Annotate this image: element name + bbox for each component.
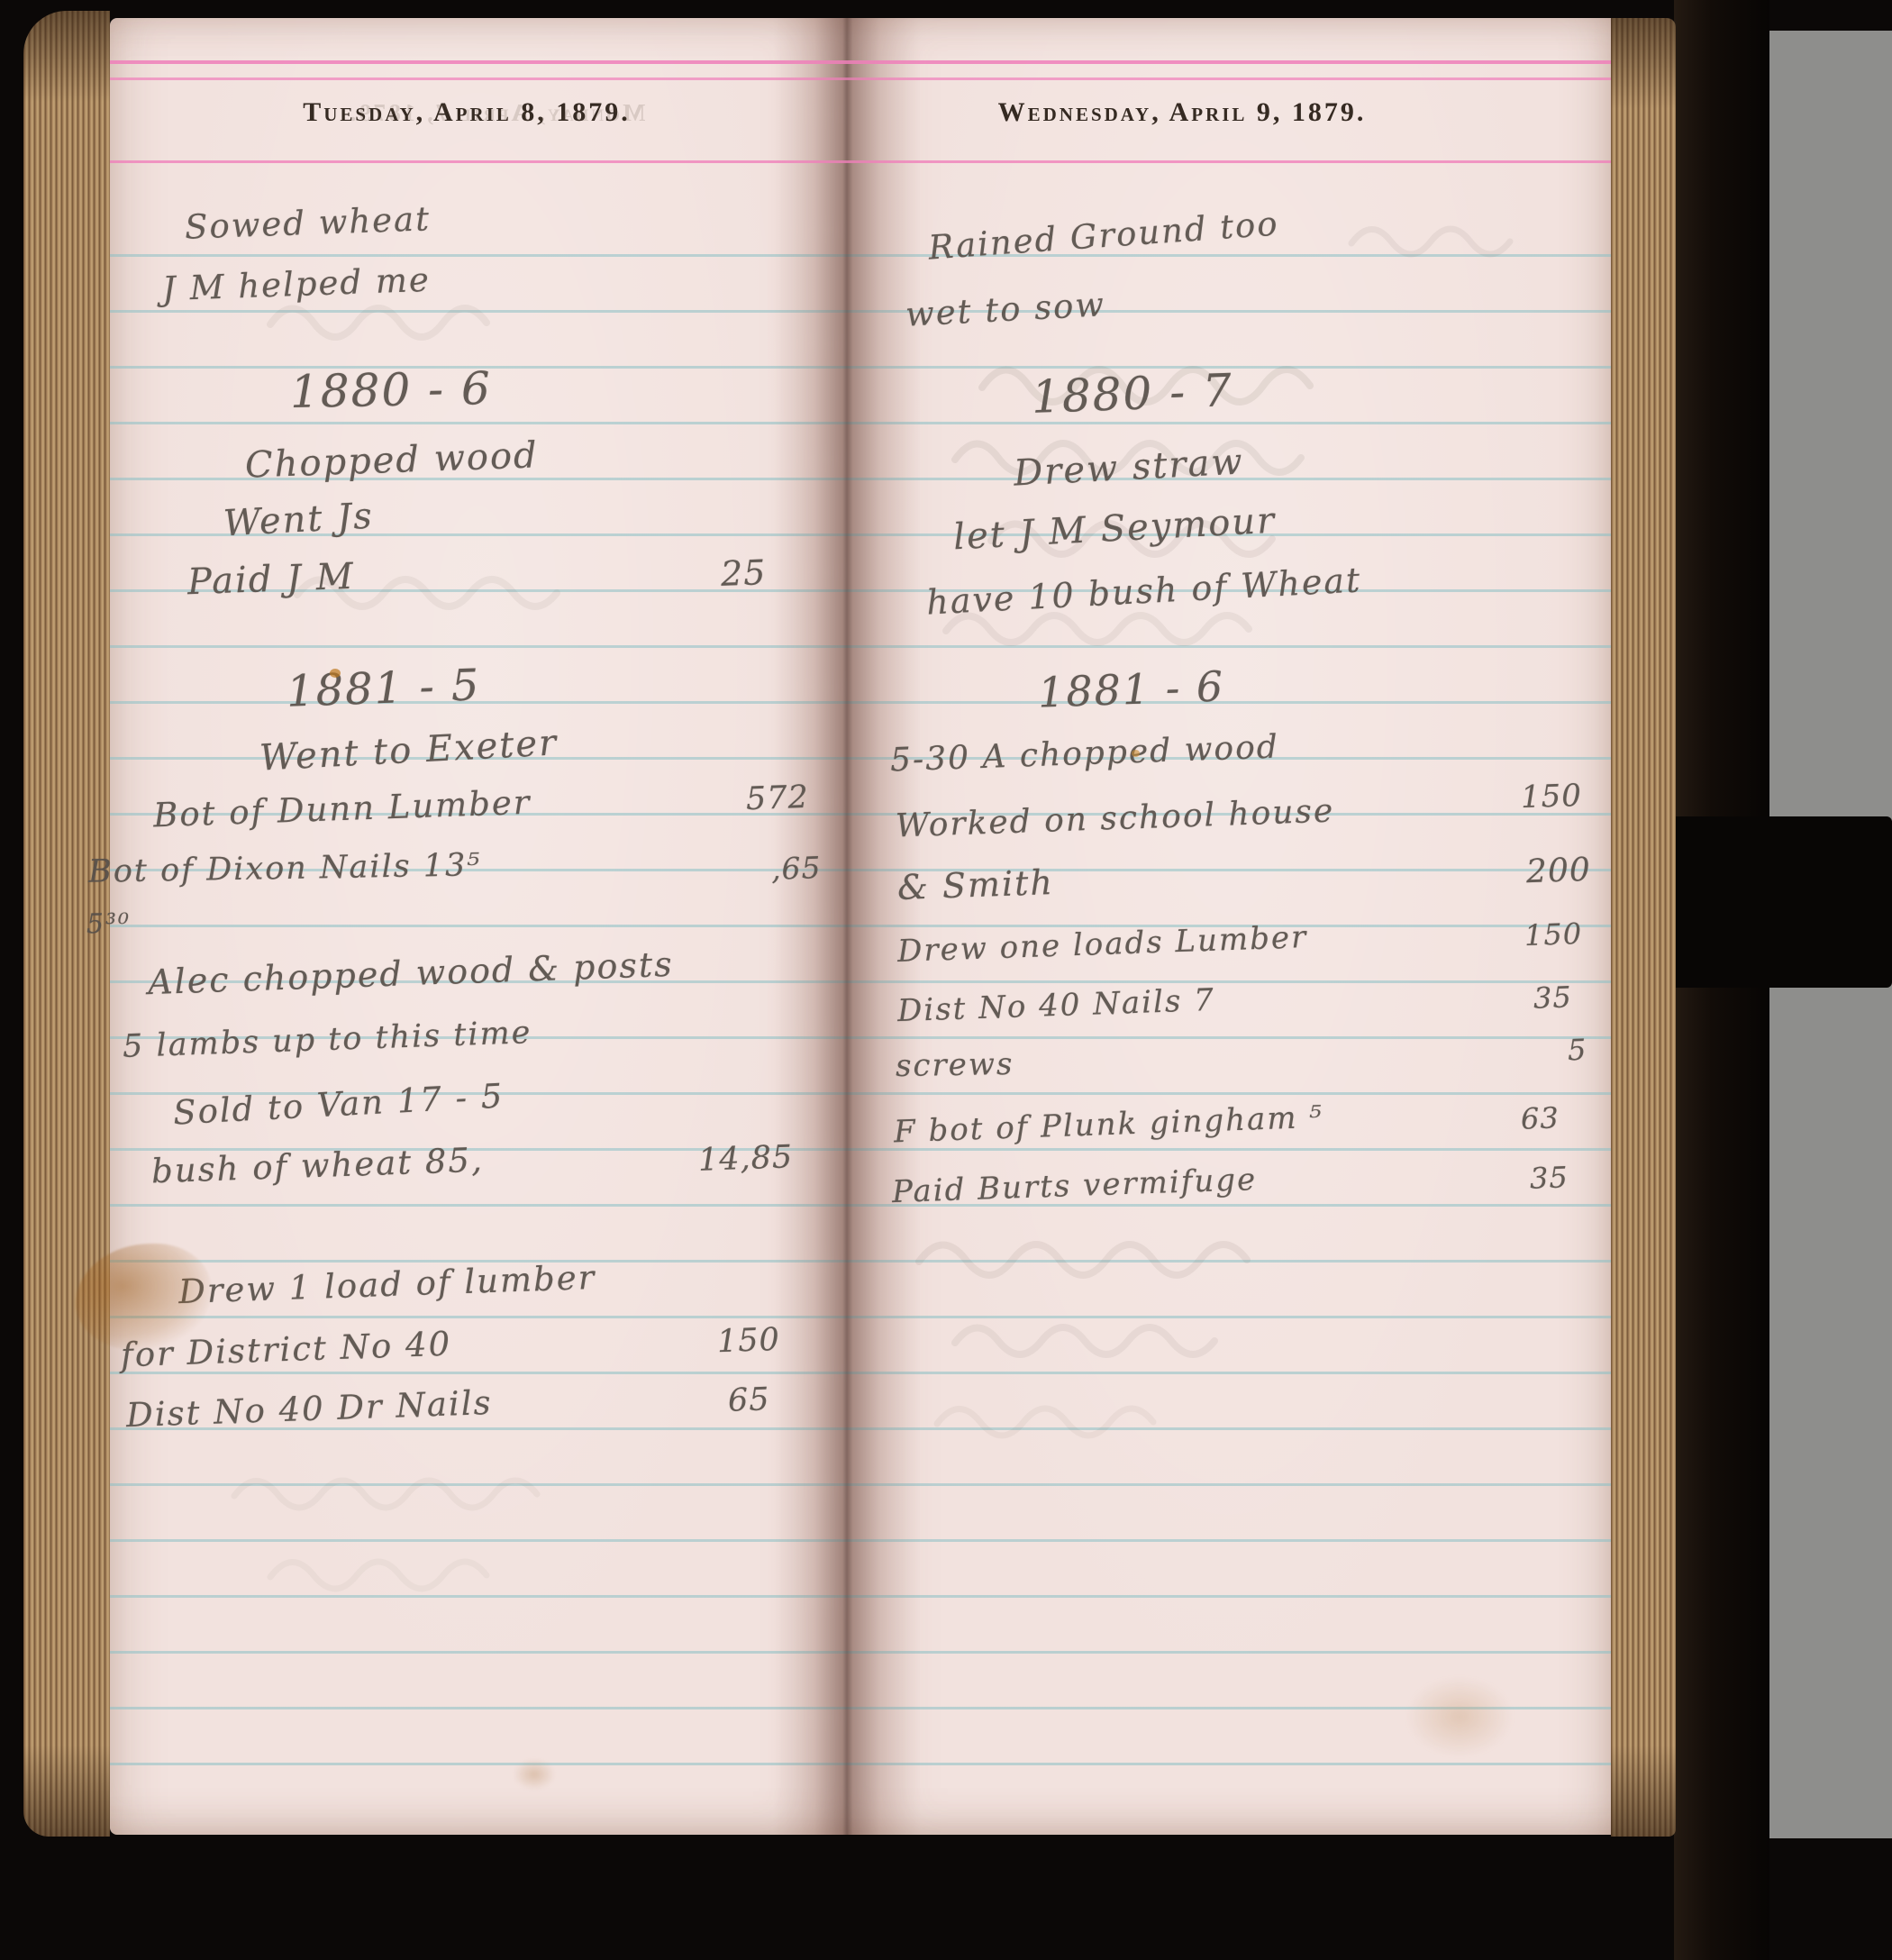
handwritten-entry: Drew 1 load of lumber	[177, 1258, 596, 1311]
handwritten-entry: Drew one loads Lumber	[896, 919, 1307, 970]
amount-value: 14,85	[697, 1139, 794, 1179]
handwritten-entry: Paid Burts vermifuge	[891, 1162, 1257, 1210]
handwritten-entry: 1881 - 5	[286, 660, 481, 716]
handwritten-entry: let J M Seymour	[952, 500, 1277, 559]
handwritten-entry: Paid J M	[186, 556, 355, 603]
handwritten-entry: Drew straw	[1013, 441, 1245, 494]
amount-value: 65	[727, 1381, 770, 1419]
handwritten-entry: 5 lambs up to this time	[122, 1015, 532, 1065]
handwritten-entry: Went Js	[223, 496, 375, 545]
handwritten-entry: Bot of Dunn Lumber	[152, 783, 532, 835]
amount-value: 5	[1567, 1033, 1587, 1068]
handwriting-layer: Sowed wheatJ M helped me1880 - 6Chopped …	[0, 0, 1892, 1960]
amount-value: 25	[720, 552, 767, 594]
handwritten-entry: 5-30 A chopped wood	[889, 728, 1279, 779]
handwritten-entry: Sold to Van 17 - 5	[172, 1076, 505, 1132]
handwritten-entry: Rained Ground too	[927, 204, 1280, 267]
amount-value: 150	[1524, 916, 1582, 953]
handwritten-entry: Chopped wood	[244, 434, 539, 486]
handwritten-entry: have 10 bush of Wheat	[925, 560, 1362, 622]
handwritten-entry: 1881 - 6	[1037, 661, 1225, 716]
handwritten-entry: Dist No 40 Nails 7	[896, 982, 1215, 1029]
handwritten-entry: wet to sow	[905, 285, 1106, 334]
handwritten-entry: for District No 40	[120, 1325, 451, 1375]
amount-value: 150	[1520, 778, 1582, 816]
amount-value: 35	[1529, 1160, 1569, 1195]
handwritten-entry: Alec chopped wood & posts	[147, 944, 674, 1002]
amount-value: ,65	[770, 850, 822, 887]
handwritten-entry: 5³⁰	[86, 908, 132, 941]
handwritten-entry: Worked on school house	[895, 793, 1334, 845]
handwritten-entry: Dist No 40 Dr Nails	[125, 1383, 493, 1435]
amount-value: 572	[745, 779, 809, 817]
handwritten-entry: Sowed wheat	[184, 199, 431, 247]
amount-value: 35	[1533, 980, 1572, 1015]
amount-value: 200	[1525, 852, 1591, 890]
handwritten-entry: Bot of Dixon Nails 13⁵	[88, 847, 482, 890]
handwritten-entry: J M helped me	[161, 260, 431, 308]
handwritten-entry: & Smith	[896, 862, 1054, 907]
handwritten-entry: F bot of Plunk gingham ⁵	[893, 1099, 1323, 1151]
handwritten-entry: screws	[896, 1046, 1014, 1084]
handwritten-entry: 1880 - 6	[290, 362, 493, 418]
scanned-diary-spread: Tuesday, April 8, 1879. Wednesday, April…	[0, 0, 1892, 1960]
amount-value: 63	[1520, 1100, 1560, 1135]
handwritten-entry: bush of wheat 85,	[150, 1141, 484, 1191]
handwritten-entry: 1880 - 7	[1031, 364, 1234, 424]
amount-value: 150	[716, 1322, 780, 1360]
handwritten-entry: Went to Exeter	[259, 722, 559, 779]
